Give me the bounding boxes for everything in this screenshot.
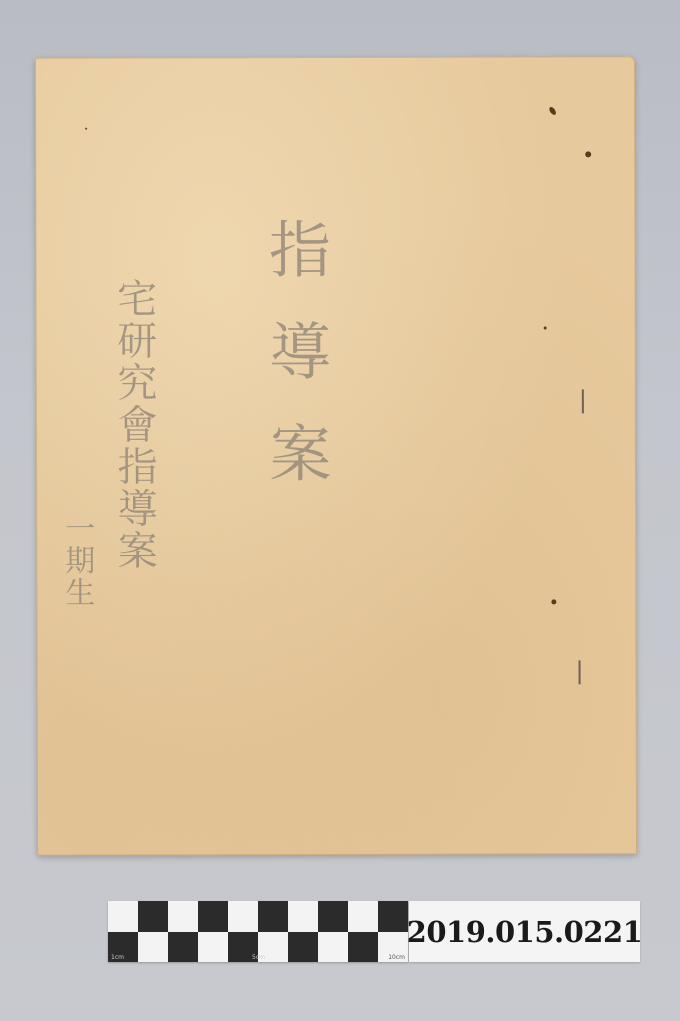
accession-label: 2019.015.0221: [409, 901, 640, 962]
stain-speck: [544, 326, 547, 329]
accession-number: 2019.015.0221: [407, 915, 643, 949]
scale-mark-10: 10cm: [388, 954, 405, 961]
staple-mark: [582, 389, 584, 413]
side-handwriting-1: 宅研究會指導案: [106, 277, 164, 571]
stain-speck: [585, 151, 591, 157]
scale-mark-5: 5cm: [252, 954, 265, 961]
scale-bar: 1cm 5cm 10cm: [108, 901, 408, 962]
staple-mark: [579, 660, 581, 684]
stain-speck: [548, 106, 557, 116]
stain-speck: [85, 128, 87, 130]
document-paper: 指導案 宅研究會指導案 一期生: [35, 56, 637, 856]
side-handwriting-2: 一期生: [54, 513, 98, 609]
stain-speck: [551, 599, 556, 604]
title-handwriting: 指導案: [250, 217, 340, 523]
scale-mark-1: 1cm: [111, 954, 124, 961]
